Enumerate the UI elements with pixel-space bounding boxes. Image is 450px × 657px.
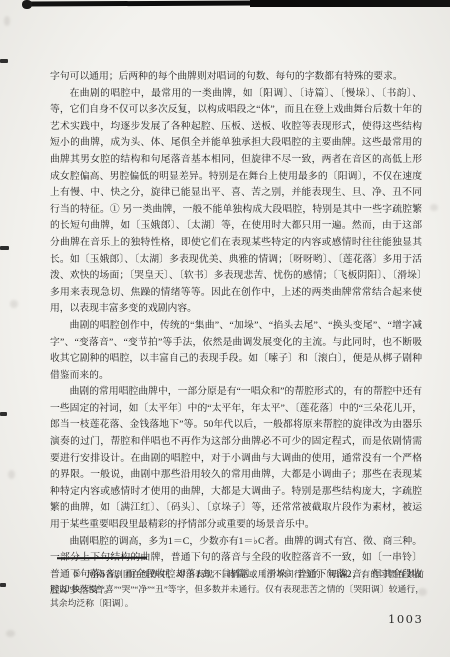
page-number: 1003 <box>388 612 423 626</box>
footnote-marker: ① <box>73 569 81 579</box>
book-page-scan: 字句可以通用；后两种的每个曲牌则对唱词的句数、每句的字数都有特殊的要求。 在曲剧… <box>0 0 450 657</box>
page-body: 字句可以通用；后两种的每个曲牌则对唱词的句数、每句的字数都有特殊的要求。 在曲剧… <box>50 69 422 600</box>
paragraph-composition: 曲剧的唱腔创作中，传统的“集曲”、“加垛”、“掐头去尾”、“换头变尾”、“增字减… <box>50 318 422 384</box>
scan-smudge <box>4 16 10 26</box>
scan-ink-mark <box>0 246 9 250</box>
scan-smudge <box>8 470 15 479</box>
paragraph-continuation: 字句可以通用；后两种的每个曲牌则对唱词的句数、每句的字数都有特殊的要求。 <box>50 69 422 86</box>
footnote-text: 河南各剧团在创作中，对于表现不同情感或用于不同行当的〔阳调〕，有的习惯在其前冠以… <box>50 569 424 608</box>
footnote: ①河南各剧团在创作中，对于表现不同情感或用于不同行当的〔阳调〕，有的习惯在其前冠… <box>50 567 424 611</box>
scan-edge-blob <box>22 0 32 9</box>
scan-edge-bar-left <box>28 1 256 7</box>
scan-smudge <box>6 630 15 637</box>
scan-ink-mark <box>0 412 7 416</box>
paragraph-bangqiang: 曲剧的常用唱腔曲牌中，一部分原是有“一唱众和”的帮腔形式的，有的帮腔中还有一些固… <box>50 384 422 533</box>
scan-smudge <box>10 300 18 308</box>
scan-ink-mark <box>0 59 8 63</box>
scan-smudge <box>430 204 438 211</box>
scan-ink-mark <box>0 583 6 587</box>
scan-edge-bar-right <box>250 0 450 7</box>
paragraph-common-qupai: 在曲剧的唱腔中，最常用的一类曲牌，如〔阳调〕、〔诗篇〕、〔慢垛〕、〔书韵〕、等，… <box>50 86 422 318</box>
